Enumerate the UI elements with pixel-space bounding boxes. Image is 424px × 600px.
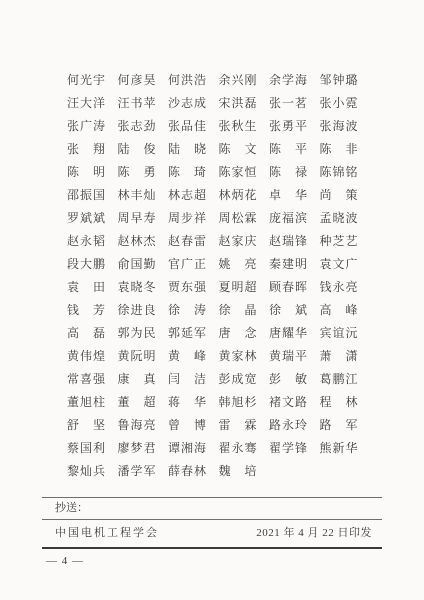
person-name: 张翔 <box>67 143 105 155</box>
person-name: 邵振国 <box>67 189 105 201</box>
person-name: 蔡国利 <box>67 442 105 454</box>
person-name: 贾东强 <box>168 281 206 293</box>
person-name: 余兴刚 <box>219 74 257 86</box>
person-name: 康真 <box>118 373 156 385</box>
person-name: 翟永骞 <box>219 442 257 454</box>
divider-top <box>42 497 382 498</box>
person-name: 林丰灿 <box>118 189 156 201</box>
person-name: 陈平 <box>269 143 307 155</box>
person-name: 董旭柱 <box>67 396 105 408</box>
person-name: 舒坚 <box>67 419 105 431</box>
person-name: 林志超 <box>168 189 206 201</box>
person-name: 钱永亮 <box>320 281 358 293</box>
person-name: 庞福滨 <box>269 212 307 224</box>
person-name: 雷霖 <box>219 419 257 431</box>
person-name: 蒋华 <box>168 396 206 408</box>
person-name: 高磊 <box>67 327 105 339</box>
person-name: 沙志成 <box>168 97 206 109</box>
person-name: 张秋生 <box>219 120 257 132</box>
person-name: 周早寿 <box>118 212 156 224</box>
person-name: 袁文广 <box>320 258 358 270</box>
person-name: 谭湘海 <box>168 442 206 454</box>
person-name: 黄伟煌 <box>67 350 105 362</box>
person-name: 闫洁 <box>168 373 206 385</box>
person-name: 郭延军 <box>168 327 206 339</box>
person-name: 常喜强 <box>67 373 105 385</box>
person-name: 曾博 <box>168 419 206 431</box>
person-name: 薛春林 <box>168 465 206 477</box>
cc-line: 抄送： <box>55 502 88 515</box>
person-name: 陈家恒 <box>219 166 257 178</box>
person-name: 路军 <box>320 419 358 431</box>
person-name: 尚策 <box>320 189 358 201</box>
person-name: 唐耀华 <box>269 327 307 339</box>
person-name: 程林 <box>320 396 358 408</box>
person-name: 俞国勤 <box>118 258 156 270</box>
person-name: 黄阮明 <box>118 350 156 362</box>
document-page: 何光宇何彦昊何洪浩余兴刚余学海邹钟璐汪大洋汪书苹沙志成宋洪磊张一茗张小霓张广涛张… <box>0 0 424 600</box>
person-name: 何彦昊 <box>118 74 156 86</box>
person-name: 黎灿兵 <box>67 465 105 477</box>
person-name: 葛鹏江 <box>320 373 358 385</box>
person-name: 袁田 <box>67 281 105 293</box>
person-name: 唐念 <box>219 327 257 339</box>
person-name: 黄瑞平 <box>269 350 307 362</box>
person-name: 官广正 <box>168 258 206 270</box>
person-name: 陆晓 <box>168 143 206 155</box>
person-name: 种芝艺 <box>320 235 358 247</box>
person-name: 张小霓 <box>320 97 358 109</box>
person-name: 顾春晖 <box>269 281 307 293</box>
person-name: 卓华 <box>269 189 307 201</box>
person-name: 陈文 <box>219 143 257 155</box>
name-list: 何光宇何彦昊何洪浩余兴刚余学海邹钟璐汪大洋汪书苹沙志成宋洪磊张一茗张小霓张广涛张… <box>67 74 358 477</box>
person-name: 赵永韬 <box>67 235 105 247</box>
person-name: 郭为民 <box>118 327 156 339</box>
person-name: 徐晶 <box>219 304 257 316</box>
person-name: 陈非 <box>320 143 358 155</box>
person-name: 宋洪磊 <box>219 97 257 109</box>
person-name: 宾谊沅 <box>320 327 358 339</box>
person-name: 魏培 <box>219 465 257 477</box>
person-name: 陈琦 <box>168 166 206 178</box>
person-name: 高峰 <box>320 304 358 316</box>
person-name: 熊新华 <box>320 442 358 454</box>
person-name: 褚文路 <box>269 396 307 408</box>
cc-label: 抄送： <box>55 502 88 514</box>
person-name: 徐进良 <box>118 304 156 316</box>
page-number: — 4 — <box>46 555 84 567</box>
person-name: 汪书苹 <box>118 97 156 109</box>
person-name: 张品佳 <box>168 120 206 132</box>
person-name: 秦建明 <box>269 258 307 270</box>
person-name: 孟晓波 <box>320 212 358 224</box>
person-name: 张一茗 <box>269 97 307 109</box>
person-name: 赵林杰 <box>118 235 156 247</box>
person-name: 徐涛 <box>168 304 206 316</box>
person-name: 张勇平 <box>269 120 307 132</box>
person-name: 何洪浩 <box>168 74 206 86</box>
person-name: 彭敏 <box>269 373 307 385</box>
person-name: 段大鹏 <box>67 258 105 270</box>
person-name: 陈禄 <box>269 166 307 178</box>
person-name: 钱芳 <box>67 304 105 316</box>
person-name: 萧潇 <box>320 350 358 362</box>
person-name: 黄家林 <box>219 350 257 362</box>
person-name: 董超 <box>118 396 156 408</box>
person-name: 张广涛 <box>67 120 105 132</box>
person-name: 林炳花 <box>219 189 257 201</box>
person-name: 周松霖 <box>219 212 257 224</box>
person-name: 罗斌斌 <box>67 212 105 224</box>
person-name: 周步祥 <box>168 212 206 224</box>
issuer-name: 中国电机工程学会 <box>55 527 159 540</box>
person-name: 彭成宽 <box>219 373 257 385</box>
person-name: 赵家庆 <box>219 235 257 247</box>
person-name: 张海波 <box>320 120 358 132</box>
person-name: 廖梦君 <box>118 442 156 454</box>
divider-bottom <box>42 547 382 549</box>
person-name: 邹钟璐 <box>320 74 358 86</box>
person-name: 何光宇 <box>67 74 105 86</box>
person-name: 韩旭杉 <box>219 396 257 408</box>
issue-date: 2021 年 4 月 22 日印发 <box>256 527 372 540</box>
person-name: 陈勇 <box>118 166 156 178</box>
person-name: 余学海 <box>269 74 307 86</box>
person-name: 赵春雷 <box>168 235 206 247</box>
person-name: 汪大洋 <box>67 97 105 109</box>
person-name: 鲁海亮 <box>118 419 156 431</box>
person-name: 陈明 <box>67 166 105 178</box>
person-name: 赵瑞锋 <box>269 235 307 247</box>
person-name: 姚亮 <box>219 258 257 270</box>
person-name: 陆俊 <box>118 143 156 155</box>
divider-middle <box>42 519 382 520</box>
person-name: 翟学锋 <box>269 442 307 454</box>
person-name: 张志劲 <box>118 120 156 132</box>
person-name: 陈锦铭 <box>320 166 358 178</box>
person-name: 袁晓冬 <box>118 281 156 293</box>
person-name: 路永玲 <box>269 419 307 431</box>
person-name: 潘学军 <box>118 465 156 477</box>
person-name: 徐斌 <box>269 304 307 316</box>
issue-line: 中国电机工程学会 2021 年 4 月 22 日印发 <box>55 527 372 540</box>
person-name: 黄峰 <box>168 350 206 362</box>
person-name: 夏明超 <box>219 281 257 293</box>
